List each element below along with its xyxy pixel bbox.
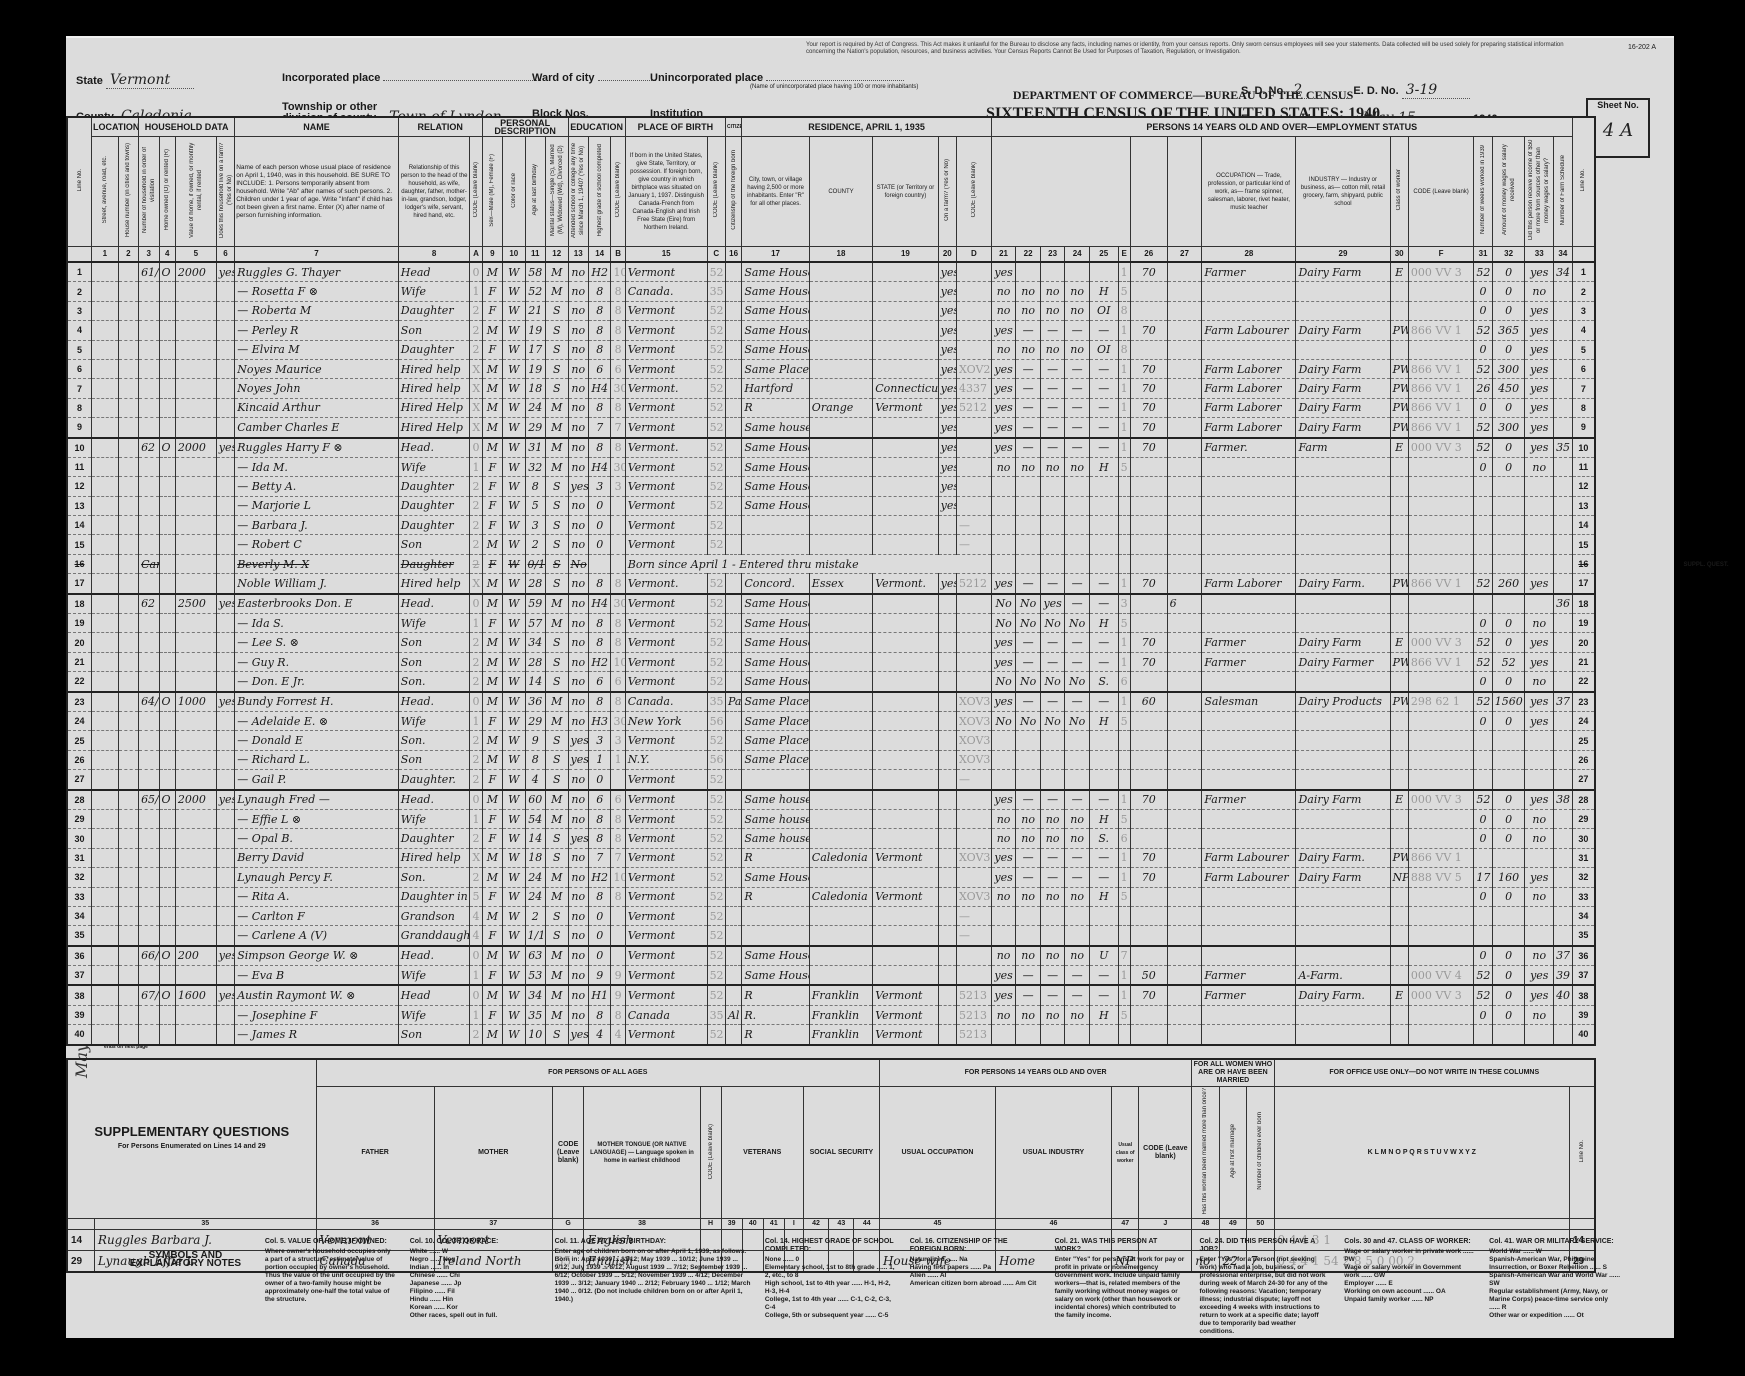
cell-ind: Dairy Farm	[1296, 321, 1390, 340]
cell-cd: XOV3	[957, 711, 992, 730]
cell-ind: Dairy Farm.	[1296, 848, 1390, 867]
cell-c21: no	[991, 340, 1016, 359]
cell-age: 32	[525, 457, 545, 476]
suppl-column-number: 45	[879, 1219, 995, 1230]
household-group-header: HOUSEHOLD DATA	[139, 117, 235, 137]
cell-rfarm: yes	[938, 477, 956, 496]
column-number: 28	[1202, 247, 1296, 263]
cell-hrs	[1130, 926, 1167, 946]
cell-mar: S	[545, 496, 568, 515]
cell-farm	[216, 750, 234, 769]
cell-ca: 1	[470, 457, 482, 476]
cell-ind	[1296, 711, 1390, 730]
line-number: 36	[1572, 946, 1595, 966]
cell-c22: no	[1016, 282, 1041, 301]
cell-c23: no	[1040, 282, 1065, 301]
cell-sch: yes	[568, 477, 588, 496]
cell-cls	[1390, 770, 1408, 790]
cell-rfarm	[938, 790, 956, 810]
cell-ca: X	[470, 574, 482, 594]
suppl-column-number: 38	[584, 1219, 700, 1230]
cell-birth: Canada.	[625, 692, 707, 712]
cell-dur	[1167, 672, 1202, 692]
col-owned-header: Home owned (O) or rented (R)	[159, 137, 175, 247]
cell-cf: 000 VV 3	[1408, 633, 1473, 652]
cell-owned	[159, 829, 175, 848]
cell-cb: 10	[611, 868, 625, 887]
blank-cell	[118, 731, 138, 750]
cell-hrs	[1130, 477, 1167, 496]
cell-rel: Son.	[398, 672, 470, 692]
cell-c24	[1065, 750, 1090, 769]
suppl-father-header: FATHER	[316, 1087, 434, 1219]
cell-name: — Elvira M	[235, 340, 399, 359]
line-number: 5	[67, 340, 92, 359]
cell-race: W	[503, 340, 525, 359]
cell-rel: Head	[398, 985, 470, 1005]
cell-res	[742, 906, 809, 925]
cell-wks	[1474, 731, 1492, 750]
cell-sch: no	[568, 535, 588, 554]
cell-hrs	[1130, 750, 1167, 769]
cell-rfarm: yes	[938, 574, 956, 594]
cell-rel: Son	[398, 633, 470, 652]
column-number: 22	[1016, 247, 1041, 263]
cell-dur	[1167, 262, 1202, 282]
cell-cd	[957, 868, 992, 887]
note-item: White ...... W	[410, 1248, 541, 1256]
cell-rfarm: yes	[938, 418, 956, 438]
cell-visit	[139, 829, 159, 848]
cell-rco	[809, 906, 872, 925]
cell-sch: yes	[568, 731, 588, 750]
cell-sch: no	[568, 711, 588, 730]
line-number: 36	[67, 946, 92, 966]
cell-hrs: 70	[1130, 438, 1167, 458]
cell-visit	[139, 672, 159, 692]
suppl-married-more-header: Has this woman been married more than on…	[1192, 1087, 1219, 1219]
note-col11: Col. 11. AGE AT LAST BIRTHDAY:Enter age …	[555, 1238, 751, 1310]
cell-cc: 52	[707, 906, 725, 925]
cell-cc: 52	[707, 438, 725, 458]
residence-group-header: RESIDENCE, APRIL 1, 1935	[742, 117, 991, 137]
cell-cls: E	[1390, 985, 1408, 1005]
cell-cb: 8	[611, 829, 625, 848]
blank-cell	[92, 457, 119, 476]
cell-cb: 8	[611, 574, 625, 594]
cell-sch: no	[568, 946, 588, 966]
suppl-title: SUPPLEMENTARY QUESTIONS For Persons Enum…	[67, 1059, 316, 1219]
cell-value	[175, 1005, 216, 1024]
birth-group-header: PLACE OF BIRTH	[625, 117, 725, 137]
cell-visit	[139, 770, 159, 790]
cell-res	[742, 535, 809, 554]
note-col21: Col. 21. WAS THIS PERSON AT WORK?Enter "…	[1055, 1238, 1186, 1310]
cell-c24: —	[1065, 692, 1090, 712]
cell-wage: 1560	[1492, 692, 1525, 712]
cell-visit	[139, 1005, 159, 1024]
cell-oth: yes	[1525, 574, 1554, 594]
note-item: Wage or salary worker in private work ..…	[1344, 1248, 1475, 1264]
cell-c25: OI	[1089, 340, 1118, 359]
cell-c21	[991, 906, 1016, 925]
blank-cell	[92, 790, 119, 810]
note-item: Negro ...... Neg	[410, 1256, 541, 1264]
cell-res: Same House	[742, 262, 809, 282]
cell-c24	[1065, 926, 1090, 946]
cell-ind: Dairy Farm	[1296, 359, 1390, 378]
cell-c22: —	[1016, 966, 1041, 986]
line-number: 19	[1572, 614, 1595, 633]
col-weeks-header: Number of weeks worked in 1939	[1474, 137, 1492, 247]
census-row: 37— Eva BWife1FW53Mno99Vermont52Same Hou…	[67, 966, 1595, 986]
line-number: 7	[1572, 379, 1595, 398]
cell-cd	[957, 282, 992, 301]
census-row: 24— Adelaide E. ⊗Wife1FW29MnoH330New Yor…	[67, 711, 1595, 730]
cell-rel: Son.	[398, 868, 470, 887]
col-res-city-header: City, town, or village having 2,500 or m…	[742, 137, 809, 247]
blank-cell	[118, 652, 138, 671]
cell-rst	[873, 614, 938, 633]
cell-c25	[1089, 554, 1118, 573]
cell-cls: E	[1390, 790, 1408, 810]
cell-rst	[873, 301, 938, 320]
cell-mar: S	[545, 321, 568, 340]
cell-age: 21	[525, 301, 545, 320]
cell-visit	[139, 652, 159, 671]
cell-mar: S	[545, 829, 568, 848]
cell-c22: —	[1016, 359, 1041, 378]
cell-rel: Wife	[398, 809, 470, 828]
cell-visit	[139, 340, 159, 359]
cell-age: 24	[525, 887, 545, 906]
cell-sex: F	[482, 554, 502, 573]
cell-rco	[809, 868, 872, 887]
cell-ca: 1	[470, 966, 482, 986]
cell-hrs: 70	[1130, 398, 1167, 417]
cell-rco	[809, 770, 872, 790]
cell-owned: O	[159, 262, 175, 282]
cell-rco	[809, 926, 872, 946]
cell-occ	[1202, 614, 1296, 633]
cell-c21	[991, 554, 1016, 573]
cell-race: W	[503, 868, 525, 887]
cell-c21: yes	[991, 790, 1016, 810]
cell-ce: 8	[1118, 301, 1130, 320]
cell-mar: M	[545, 790, 568, 810]
column-number: 2	[118, 247, 138, 263]
cell-rst: Vermont	[873, 1025, 938, 1045]
cell-fs	[1554, 321, 1573, 340]
column-number: 15	[625, 247, 707, 263]
cell-res: R	[742, 887, 809, 906]
cell-birth: Vermont	[625, 359, 707, 378]
cell-oth: yes	[1525, 868, 1554, 887]
cell-ind	[1296, 554, 1390, 573]
cell-cls	[1390, 750, 1408, 769]
cell-value	[175, 398, 216, 417]
suppl-quest-marker-right-14: SUPPL. QUEST.	[1676, 562, 1736, 568]
cell-c23: —	[1040, 398, 1065, 417]
cell-wage: 0	[1492, 262, 1525, 282]
cell-mar: M	[545, 868, 568, 887]
cell-hrs	[1130, 282, 1167, 301]
cell-c22	[1016, 1025, 1041, 1045]
cell-owned	[159, 282, 175, 301]
cell-cc: 52	[707, 321, 725, 340]
cell-visit	[139, 359, 159, 378]
cell-cit	[725, 594, 741, 614]
cell-age: 34	[525, 633, 545, 652]
cell-farm: yes	[216, 262, 234, 282]
blank-cell	[92, 868, 119, 887]
blank-cell	[118, 574, 138, 594]
blank-cell	[92, 809, 119, 828]
cell-c24: —	[1065, 868, 1090, 887]
cell-cb: 30	[611, 457, 625, 476]
cell-grade: 0	[588, 906, 610, 925]
cell-c23: no	[1040, 1005, 1065, 1024]
cell-cit	[725, 770, 741, 790]
cell-birth: Vermont	[625, 809, 707, 828]
line-number: 37	[67, 966, 92, 986]
cell-cls	[1390, 301, 1408, 320]
suppl-cell-line: 14	[67, 1230, 94, 1251]
cell-owned	[159, 321, 175, 340]
cell-ind: Dairy Farm	[1296, 398, 1390, 417]
line-number: 38	[67, 985, 92, 1005]
cell-cc: 52	[707, 496, 725, 515]
cell-occ	[1202, 594, 1296, 614]
cell-res: R	[742, 985, 809, 1005]
cell-name: — Lee S. ⊗	[235, 633, 399, 652]
note-item: American citizen born abroad ...... Am C…	[910, 1280, 1041, 1288]
cell-c24: —	[1065, 966, 1090, 986]
cell-c24	[1065, 262, 1090, 282]
cell-res: Same House	[742, 614, 809, 633]
cell-oth: yes	[1525, 340, 1554, 359]
cell-name: Austin Raymont W. ⊗	[235, 985, 399, 1005]
cell-cb: 8	[611, 692, 625, 712]
cell-sex: F	[482, 614, 502, 633]
cell-grade	[588, 554, 610, 573]
cell-rel: Grandson	[398, 906, 470, 925]
line-number: 5	[1572, 340, 1595, 359]
cell-wage: 52	[1492, 652, 1525, 671]
line-number: 10	[67, 438, 92, 458]
cell-age: 8	[525, 477, 545, 496]
cell-race: W	[503, 594, 525, 614]
cell-dur	[1167, 1005, 1202, 1024]
cell-cls	[1390, 554, 1408, 573]
col-code-b-header: CODE (Leave blank)	[611, 137, 625, 247]
blank-cell	[92, 692, 119, 712]
col-res-county-header: COUNTY	[809, 137, 872, 247]
cell-occ: Farmer	[1202, 966, 1296, 986]
cell-cd: —	[957, 535, 992, 554]
census-row: 27— Gail P.Daughter.2FW4Sno0Vermont52—27	[67, 770, 1595, 790]
cell-wks: 17	[1474, 868, 1492, 887]
cell-sex: F	[482, 457, 502, 476]
cell-farm	[216, 282, 234, 301]
cell-hrs	[1130, 672, 1167, 692]
cell-grade: 4	[588, 1025, 610, 1045]
cell-cls: PW	[1390, 321, 1408, 340]
cell-wks: 52	[1474, 633, 1492, 652]
cell-c25: —	[1089, 398, 1118, 417]
cell-wks	[1474, 554, 1492, 573]
cell-cb: 8	[611, 1005, 625, 1024]
cell-res	[742, 926, 809, 946]
cell-res: Same house	[742, 418, 809, 438]
cell-dur	[1167, 535, 1202, 554]
census-row: 40— James RSon2MW10Syes44Vermont52RFrank…	[67, 1025, 1595, 1045]
cell-wks: 0	[1474, 809, 1492, 828]
line-number: 27	[1572, 770, 1595, 790]
cell-name: — Barbara J.	[235, 516, 399, 535]
cell-cit	[725, 652, 741, 671]
cell-cit	[725, 868, 741, 887]
cell-c23: —	[1040, 574, 1065, 594]
blank-cell	[118, 985, 138, 1005]
cell-ca: 2	[470, 535, 482, 554]
cell-wage	[1492, 554, 1525, 573]
cell-grade: 8	[588, 809, 610, 828]
cell-oth: no	[1525, 282, 1554, 301]
cell-c23	[1040, 262, 1065, 282]
cell-rfarm	[938, 926, 956, 946]
cell-c25: H	[1089, 809, 1118, 828]
cell-farm	[216, 672, 234, 692]
cell-occ: Farm Labourer	[1202, 848, 1296, 867]
cell-farm	[216, 926, 234, 946]
cell-rfarm: yes	[938, 301, 956, 320]
cell-dur	[1167, 946, 1202, 966]
cell-value	[175, 809, 216, 828]
cell-sex: F	[482, 282, 502, 301]
cell-sex: M	[482, 574, 502, 594]
cell-ca: 2	[470, 731, 482, 750]
suppl-column-number: 49	[1219, 1219, 1246, 1230]
cell-sex: M	[482, 868, 502, 887]
column-number: 11	[525, 247, 545, 263]
cell-c21: no	[991, 887, 1016, 906]
column-number	[1572, 247, 1595, 263]
cell-age: 29	[525, 418, 545, 438]
cell-cb	[611, 770, 625, 790]
cell-ce: 1	[1118, 438, 1130, 458]
cell-cf	[1408, 1025, 1473, 1045]
blank-cell	[92, 418, 119, 438]
cell-c25: H	[1089, 1005, 1118, 1024]
blank-cell	[118, 868, 138, 887]
cell-ce: 5	[1118, 457, 1130, 476]
cell-sex: M	[482, 848, 502, 867]
cell-mar: M	[545, 418, 568, 438]
col-res-state-header: STATE (or Territory or foreign country)	[873, 137, 938, 247]
line-number: 3	[1572, 301, 1595, 320]
cell-hrs: 70	[1130, 652, 1167, 671]
cell-cb: 4	[611, 1025, 625, 1045]
cell-c21	[991, 496, 1016, 515]
cell-res: Same House	[742, 282, 809, 301]
cell-fs	[1554, 282, 1573, 301]
cell-cd: XOV3	[957, 731, 992, 750]
cell-c23: —	[1040, 652, 1065, 671]
cell-cit	[725, 340, 741, 359]
col-citizenship-header: Citizenship of the foreign born	[725, 137, 741, 247]
cell-cls	[1390, 457, 1408, 476]
cell-fs	[1554, 906, 1573, 925]
cell-cc: 52	[707, 477, 725, 496]
line-number: 22	[1572, 672, 1595, 692]
cell-c21: yes	[991, 574, 1016, 594]
cell-mar: S	[545, 554, 568, 573]
blank-cell	[92, 321, 119, 340]
cell-occ: Farm Labourer	[1202, 321, 1296, 340]
blank-cell	[118, 516, 138, 535]
cell-cd	[957, 633, 992, 652]
relation-group-header: RELATION	[398, 117, 482, 137]
cell-cb	[611, 535, 625, 554]
cell-age: 2	[525, 906, 545, 925]
cell-fs	[1554, 1005, 1573, 1024]
cell-owned	[159, 1005, 175, 1024]
cell-rst	[873, 535, 938, 554]
cell-wks	[1474, 535, 1492, 554]
cell-cls	[1390, 711, 1408, 730]
cell-oth: yes	[1525, 321, 1554, 340]
line-number: 2	[67, 282, 92, 301]
cell-rfarm	[938, 887, 956, 906]
cell-farm	[216, 652, 234, 671]
cell-birth: Vermont	[625, 652, 707, 671]
col-code-f-header: CODE (Leave blank)	[1408, 137, 1473, 247]
cell-value	[175, 359, 216, 378]
cell-farm	[216, 848, 234, 867]
cell-race: W	[503, 633, 525, 652]
cell-sch: no	[568, 321, 588, 340]
cell-c25	[1089, 262, 1118, 282]
line-number: 29	[1572, 809, 1595, 828]
cell-birth: N.Y.	[625, 750, 707, 769]
cell-race: W	[503, 554, 525, 573]
cell-rco	[809, 692, 872, 712]
cell-value	[175, 614, 216, 633]
column-number: 7	[235, 247, 399, 263]
cell-rel: Hired Help	[398, 398, 470, 417]
cell-ce: 1	[1118, 652, 1130, 671]
cell-grade: 8	[588, 829, 610, 848]
cell-name: Easterbrooks Don. E	[235, 594, 399, 614]
line-number: 12	[67, 477, 92, 496]
cell-c22	[1016, 906, 1041, 925]
cell-hrs	[1130, 457, 1167, 476]
cell-race: W	[503, 614, 525, 633]
cell-c22: —	[1016, 574, 1041, 594]
cell-cb: 8	[611, 282, 625, 301]
census-row: 35— Carlene A (V)Granddaughter4FW1/12Sno…	[67, 926, 1595, 946]
cell-c23: no	[1040, 946, 1065, 966]
cell-owned	[159, 906, 175, 925]
cell-name: — Effie L ⊗	[235, 809, 399, 828]
line-number: 11	[67, 457, 92, 476]
cell-cls	[1390, 966, 1408, 986]
cell-c22: —	[1016, 790, 1041, 810]
suppl-column-number: 46	[995, 1219, 1111, 1230]
column-number: 18	[809, 247, 872, 263]
cell-fs	[1554, 301, 1573, 320]
